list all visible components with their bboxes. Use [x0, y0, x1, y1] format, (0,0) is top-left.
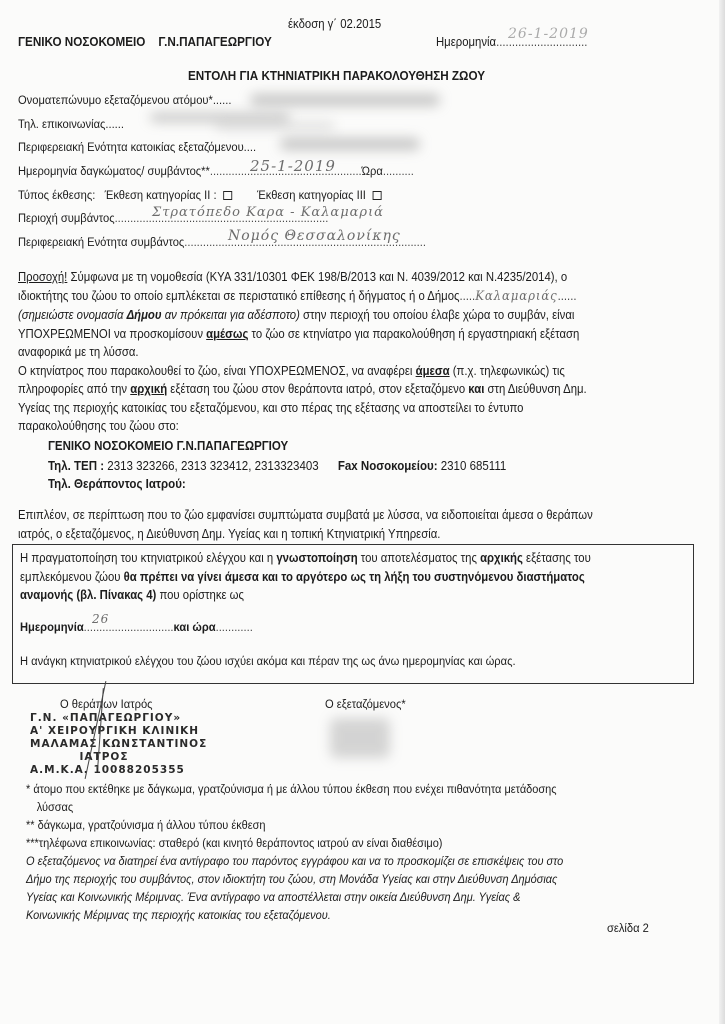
stamp-line-5: Α.Μ.Κ.Α. 10088205355 — [30, 764, 178, 777]
hospital-header: ΓΕΝΙΚΟ ΝΟΣΟΚΟΜΕΙΟ Γ.Ν.ΠΑΠΑΓΕΩΡΓΙΟΥ — [18, 34, 272, 49]
name-label: Ονοματεπώνυμο εξεταζόμενου ατόμου*...... — [18, 93, 231, 107]
box-line-3b: που ορίστηκε ως — [156, 588, 244, 602]
fax-value: 2310 685111 — [438, 458, 507, 473]
exposure-cat2-checkbox[interactable] — [223, 191, 232, 200]
stamp-line-1: Γ.Ν. «ΠΑΠΑΓΕΩΡΓΙΟΥ» — [30, 712, 178, 725]
document-title: ΕΝΤΟΛΗ ΓΙΑ ΚΤΗΝΙΑΤΡΙΚΗ ΠΑΡΑΚΟΛΟΥΘΗΣΗ ΖΩΟ… — [188, 68, 485, 83]
phone-value-redacted — [150, 113, 290, 122]
doctor-stamp: Γ.Ν. «ΠΑΠΑΓΕΩΡΓΙΟΥ» Α' ΧΕΙΡΟΥΡΓΙΚΗ ΚΛΙΝΙ… — [30, 712, 178, 777]
notice-line-4a: ΥΠΟΧΡΕΩΜΕΝΟΙ να προσκομίσουν — [18, 327, 206, 341]
tep-label: Τηλ. ΤΕΠ : — [48, 458, 104, 473]
notice-lead: Προσοχή! — [18, 270, 67, 284]
phone-field[interactable]: Τηλ. επικοινωνίας...... — [18, 117, 124, 131]
further-line-2: ιατρός, ο εξεταζόμενος, η Διεύθυνση Δημ.… — [18, 525, 593, 544]
notice-line-7b: αρχική — [130, 382, 167, 396]
notice-line-3c: αν πρόκειται για αδέσποτο) — [162, 308, 300, 322]
notice-line-7e: στη Διεύθυνση Δημ. — [484, 382, 586, 396]
hospital-label: ΓΕΝΙΚΟ ΝΟΣΟΚΟΜΕΙΟ — [18, 34, 145, 49]
contact-hospital: ΓΕΝΙΚΟ ΝΟΣΟΚΟΜΕΙΟ Γ.Ν.ΠΑΠΑΓΕΩΡΓΙΟΥ — [48, 438, 288, 453]
footnote-1-cont: λύσσας — [26, 798, 563, 816]
exposure-cat2-label: Έκθεση κατηγορίας II : — [105, 188, 217, 202]
header-date-value[interactable]: 26-1-2019 — [508, 26, 589, 42]
box-line-2a: εμπλεκόμενου ζώου — [20, 570, 124, 584]
stamp-line-3: ΜΑΛΑΜΑΣ ΚΩΝΣΤΑΝΤΙΝΟΣ — [30, 738, 178, 751]
name-value-redacted — [250, 94, 440, 106]
further-line-1: Επιπλέον, σε περίπτωση που το ζώο εμφανί… — [18, 506, 593, 525]
box-line-1a: Η πραγματοποίηση του κτηνιατρικού ελέγχο… — [20, 551, 276, 565]
box-line-2b: θα πρέπει να γίνει άμεσα και το αργότερο… — [124, 570, 585, 584]
footnote-italic-2: Δήμο της περιοχής του συμβάντος, στον ιδ… — [26, 870, 563, 888]
examinee-signature-redacted — [330, 718, 390, 758]
footnote-italic-3: Υγείας και Κοινωνικής Μέριμνας. Ένα αντί… — [26, 888, 563, 906]
box-date-label: Ημερομηνία — [20, 620, 84, 634]
notice-line-7d: και — [468, 382, 484, 396]
exposure-type: Τύπος έκθεσης: Έκθεση κατηγορίας II : Έκ… — [18, 188, 382, 202]
area-label: Περιοχή συμβάντος — [18, 211, 115, 225]
bite-date-value[interactable]: 25-1-2019 — [250, 157, 336, 175]
box-date-field[interactable]: Ημερομηνία.............................κ… — [20, 620, 253, 634]
notice-line-6b: άμεσα — [416, 364, 450, 378]
hospital-name: Γ.Ν.ΠΑΠΑΓΕΩΡΓΙΟΥ — [158, 34, 271, 49]
notice-line-7a: πληροφορίες από την — [18, 382, 130, 396]
header-date-label: Ημερομηνία — [436, 35, 496, 49]
notice-line-6c: (π.χ. τηλεφωνικώς) τις — [450, 364, 565, 378]
phone-label: Τηλ. επικοινωνίας...... — [18, 117, 124, 131]
area-value[interactable]: Στρατόπεδο Καρα - Καλαμαριά — [152, 205, 384, 220]
notice-line-3a: (σημειώστε ονομασία — [18, 308, 127, 322]
notice-line-3b: Δήμου — [127, 308, 162, 322]
fax-label: Fax Νοσοκομείου: — [338, 458, 438, 473]
footnote-2: ** δάγκωμα, γρατζούνισμα ή άλλου τύπου έ… — [26, 816, 563, 834]
deadline-text: Η πραγματοποίηση του κτηνιατρικού ελέγχο… — [20, 549, 654, 605]
footnote-italic-1: Ο εξεταζόμενος να διατηρεί ένα αντίγραφο… — [26, 852, 563, 870]
box-line-1c: του αποτελέσματος της — [358, 551, 480, 565]
box-line-1b: γνωστοποίηση — [276, 551, 357, 565]
stamp-line-4: ΙΑΤΡΟΣ — [30, 751, 178, 764]
exposure-cat3-label: Έκθεση κατηγορίας III — [257, 188, 366, 202]
residence-field[interactable]: Περιφερειακή Ενότητα κατοικίας εξεταζόμε… — [18, 140, 256, 154]
name-field[interactable]: Ονοματεπώνυμο εξεταζόμενου ατόμου*...... — [18, 93, 231, 107]
box-line-3a: αναμονής (βλ. Πίνακας 4) — [20, 588, 156, 602]
footnote-1: * άτομο που εκτέθηκε με δάγκωμα, γρατζού… — [26, 780, 563, 798]
footnote-italic-4: Κοινωνικής Μέριμνας της περιοχής κατοικί… — [26, 906, 563, 924]
notice-line-1: Σύμφωνα με τη νομοθεσία (ΚΥΑ 331/10301 Φ… — [67, 270, 567, 284]
notice-paragraph: Προσοχή! Σύμφωνα με τη νομοθεσία (ΚΥΑ 33… — [18, 268, 650, 436]
exposure-cat3-checkbox[interactable] — [373, 191, 382, 200]
scan-edge — [719, 0, 725, 1024]
municipality-value[interactable]: Καλαμαριάς — [475, 289, 557, 304]
footnote-3: ***τηλέφωνα επικοινωνίας: σταθερό (και κ… — [26, 834, 563, 852]
version-label: έκδοση γ΄ 02.2015 — [288, 17, 381, 31]
bite-date-field[interactable]: Ημερομηνία δαγκώματος/ συμβάντος**......… — [18, 164, 414, 178]
notice-line-7c: εξέταση του ζώου στον θεράποντα ιατρό, σ… — [167, 382, 468, 396]
notice-line-6a: Ο κτηνίατρος που παρακολουθεί το ζώο, εί… — [18, 364, 416, 378]
notice-line-8: Υγείας της περιοχής κατοικίας του εξεταζ… — [18, 399, 587, 418]
exposure-label: Τύπος έκθεσης: — [18, 188, 95, 202]
region-label: Περιφερειακή Ενότητα συμβάντος — [18, 235, 184, 249]
box-time-label: και ώρα — [174, 620, 216, 634]
notice-line-2: ιδιοκτήτης του ζώου το οποίο εμπλέκεται … — [18, 289, 459, 303]
bite-date-label: Ημερομηνία δαγκώματος/ συμβάντος** — [18, 164, 210, 178]
stamp-line-2: Α' ΧΕΙΡΟΥΡΓΙΚΗ ΚΛΙΝΙΚΗ — [30, 725, 178, 738]
box-line-1e: εξέτασης του — [523, 551, 591, 565]
phone-value-redacted-2 — [215, 122, 335, 130]
notice-line-3d: στην περιοχή του οποίου έλαβε χώρα το συ… — [300, 308, 575, 322]
examinee-signature-label: Ο εξεταζόμενος* — [325, 697, 406, 711]
box-date-value[interactable]: 26 — [92, 612, 109, 626]
notice-line-4b: αμέσως — [206, 327, 248, 341]
box-line-1d: αρχικής — [480, 551, 523, 565]
box-note: Η ανάγκη κτηνιατρικού ελέγχου του ζώου ι… — [20, 654, 516, 668]
doctor-signature-label: Ο θεράπων Ιατρός — [60, 697, 153, 711]
notice-line-9: παρακολούθησης του ζώου στο: — [18, 417, 587, 436]
notice-line-5: αναφορικά με τη λύσσα. — [18, 343, 587, 362]
residence-label: Περιφερειακή Ενότητα κατοικίας εξεταζόμε… — [18, 140, 256, 154]
notice-line-4c: το ζώο σε κτηνίατρο για παρακολούθηση ή … — [248, 327, 579, 341]
tep-value: 2313 323266, 2313 323412, 2313323403 — [104, 458, 319, 473]
doctor-phone-label: Τηλ. Θεράποντος Ιατρού: — [48, 476, 186, 491]
page-number: σελίδα 2 — [607, 921, 649, 935]
time-label: Ώρα — [362, 164, 383, 178]
region-value[interactable]: Νομός Θεσσαλονίκης — [228, 228, 401, 244]
footnotes: * άτομο που εκτέθηκε με δάγκωμα, γρατζού… — [26, 780, 623, 924]
contact-phones: Τηλ. ΤΕΠ : 2313 323266, 2313 323412, 231… — [48, 458, 506, 473]
further-paragraph: Επιπλέον, σε περίπτωση που το ζώο εμφανί… — [18, 506, 657, 543]
residence-value-redacted — [280, 138, 420, 150]
